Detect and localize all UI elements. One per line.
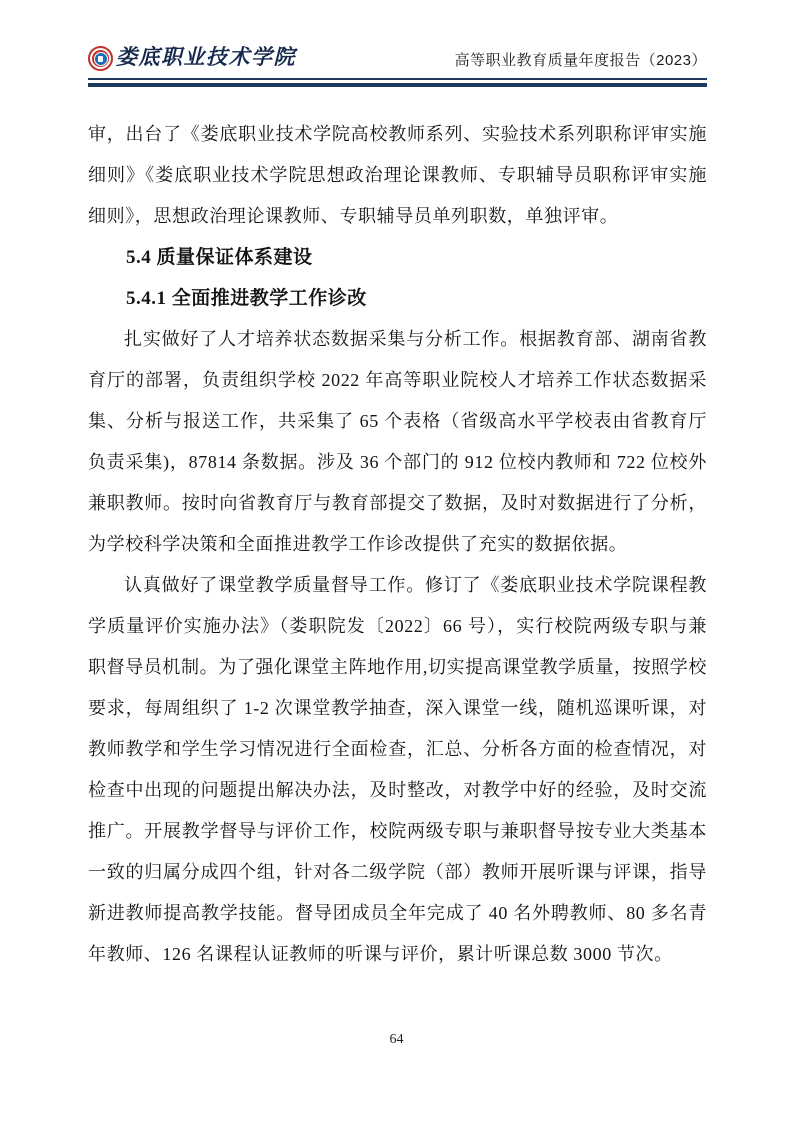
header-divider [88,78,707,87]
section-heading-5-4: 5.4 质量保证体系建设 [88,237,707,278]
paragraph-data-collection: 扎实做好了人才培养状态数据采集与分析工作。根据教育部、湖南省教育厅的部署，负责组… [88,319,707,565]
page-number: 64 [390,1032,404,1047]
school-name: 娄底职业技术学院 [116,47,296,70]
subsection-heading-5-4-1: 5.4.1 全面推进教学工作诊改 [88,278,707,319]
page-footer: 64 [0,1032,793,1048]
report-title: 高等职业教育质量年度报告（2023） [455,53,707,71]
page-header: 娄底职业技术学院 高等职业教育质量年度报告（2023） [88,46,707,78]
school-brand: 娄底职业技术学院 [88,46,296,71]
continuation-paragraph: 审，出台了《娄底职业技术学院高校教师系列、实验技术系列职称评审实施细则》《娄底职… [88,114,707,237]
paragraph-teaching-supervision: 认真做好了课堂教学质量督导工作。修订了《娄底职业技术学院课程教学质量评价实施办法… [88,565,707,975]
report-page: 娄底职业技术学院 高等职业教育质量年度报告（2023） 审，出台了《娄底职业技术… [0,0,793,1122]
seal-book-icon [94,52,108,66]
page-body: 审，出台了《娄底职业技术学院高校教师系列、实验技术系列职称评审实施细则》《娄底职… [88,114,707,975]
school-seal-icon [88,46,113,71]
